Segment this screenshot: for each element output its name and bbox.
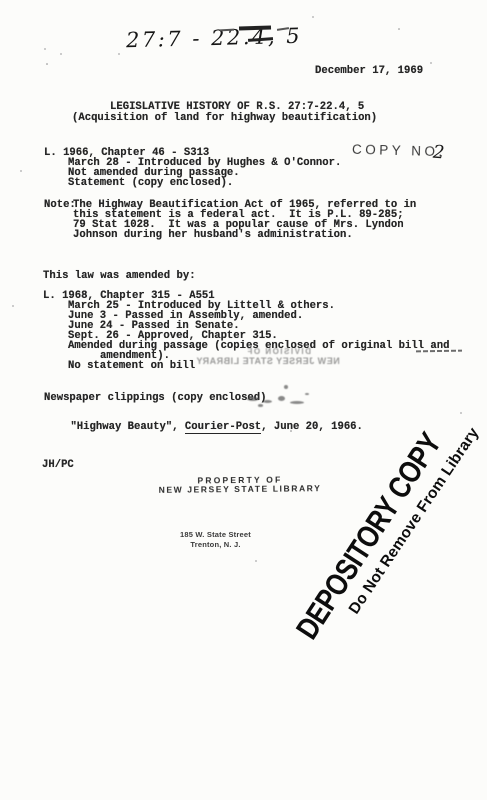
typed-line: Newspaper clippings (copy enclosed) (44, 393, 267, 404)
typed-line: December 17, 1969 (315, 66, 423, 77)
scan-speck (12, 305, 14, 307)
ink-smudge (290, 401, 304, 404)
ink-smudge (278, 396, 285, 401)
property-stamp: PROPERTY OF NEW JERSEY STATE LIBRARY (140, 475, 340, 495)
scan-speck (255, 560, 257, 562)
scan-speck (20, 170, 22, 172)
typed-line: Note: (44, 200, 76, 211)
ghost-stamp-line2: NEW JERSEY STATE LIBRARY (196, 356, 340, 366)
scan-speck (44, 48, 46, 50)
scan-speck (60, 53, 62, 55)
property-stamp-line2: NEW JERSEY STATE LIBRARY (140, 484, 340, 495)
scan-speck (290, 430, 292, 432)
scanned-document-page: 27:7 - 22.4, 5 COPY NO. 2 December 17, 1… (0, 0, 487, 800)
scan-speck (312, 16, 314, 18)
typed-line: JH/PC (42, 460, 74, 471)
newspaper-citation-pre: "Highway Beauty", (70, 421, 184, 433)
typed-line: Statement (copy enclosed). (68, 178, 233, 189)
depository-stamp-main: DEPOSITORY COPY (289, 427, 449, 646)
typed-line: No statement on bill (68, 361, 195, 372)
scan-speck (430, 62, 432, 64)
typed-line: This law was amended by: (43, 271, 196, 282)
typed-line: (Acquisition of land for highway beautif… (72, 113, 377, 124)
scan-speck (398, 28, 400, 30)
scan-speck (118, 53, 120, 55)
address-street: 185 W. State Street (158, 530, 273, 540)
copy-no-value: 2 (432, 142, 445, 164)
newspaper-citation-post: , June 20, 1966. (261, 421, 363, 433)
ink-smudge (263, 400, 272, 403)
library-address: 185 W. State Street Trenton, N. J. (158, 530, 273, 550)
ink-smudge (258, 404, 263, 407)
scan-speck (46, 63, 48, 65)
ghost-stamp-line1: DIVISION OF (246, 347, 311, 356)
ink-smudge (247, 397, 259, 401)
address-city: Trenton, N. J. (158, 540, 273, 550)
newspaper-name-underlined: Courier-Post (185, 421, 261, 434)
ink-smudge (284, 385, 288, 389)
ink-smudge (305, 393, 309, 395)
scan-speck (460, 412, 462, 414)
margin-dash-line (416, 350, 462, 353)
newspaper-citation-line: "Highway Beauty", Courier-Post, June 20,… (45, 411, 363, 444)
typed-line: Johnson during her husband's administrat… (73, 230, 353, 241)
